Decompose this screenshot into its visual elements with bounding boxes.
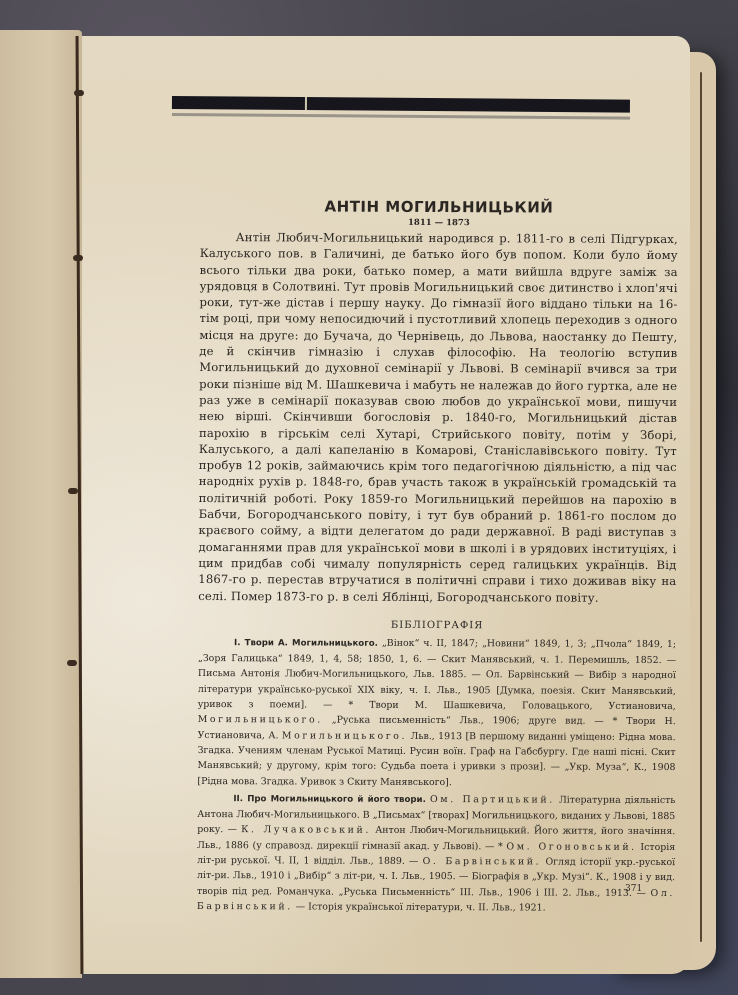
book-page: АНТІН МОГИЛЬНИЦЬКИЙ 1811 — 1873 Антін Лю… [82, 36, 690, 974]
binding-stitch [67, 660, 77, 666]
bibliography-entry: II. Про Могильницького й його твори. Ом.… [197, 791, 676, 916]
author-name: Могильницького. [282, 730, 407, 742]
left-page [0, 30, 82, 978]
bibliography-entry-label: I. Твори А. Могильницького. [234, 638, 378, 649]
bibliography-heading: БІБЛІОГРАФІЯ [198, 617, 676, 635]
binding-stitch [74, 90, 84, 96]
author-name: К. Лучаковський. [241, 825, 371, 837]
biography-text: Антін Любич-Могильницький народився р. 1… [198, 229, 678, 606]
author-name: Ом. Партицький. [430, 794, 555, 806]
bibliography-entry-label: II. Про Могильницького й його твори. [233, 794, 426, 805]
page-number: 371 [625, 884, 642, 894]
page-stack-edge [700, 72, 702, 942]
bibliography-entry: I. Твори А. Могильницького. „Вінок“ ч. I… [197, 635, 676, 791]
author-name: Могильницького. [198, 714, 323, 726]
header-bar-gap [305, 97, 307, 110]
author-name: Ом. Огоновський. [506, 841, 636, 853]
bibliography-text: „Вінок“ ч. II, 1847; „Новини“ 1849, 1, 3… [198, 638, 676, 712]
binding-stitch [73, 255, 83, 261]
author-name: О. Барвінський. [423, 856, 542, 868]
binding-stitch [68, 488, 78, 494]
page-content: АНТІН МОГИЛЬНИЦЬКИЙ 1811 — 1873 Антін Лю… [197, 196, 678, 916]
header-bar [172, 96, 630, 113]
bibliography: I. Твори А. Могильницького. „Вінок“ ч. I… [197, 635, 676, 916]
bibliography-text: — Історія української літератури, ч. II.… [293, 901, 546, 913]
header-rule [172, 113, 630, 120]
page-title: АНТІН МОГИЛЬНИЦЬКИЙ [200, 196, 678, 218]
life-dates: 1811 — 1873 [200, 216, 678, 230]
